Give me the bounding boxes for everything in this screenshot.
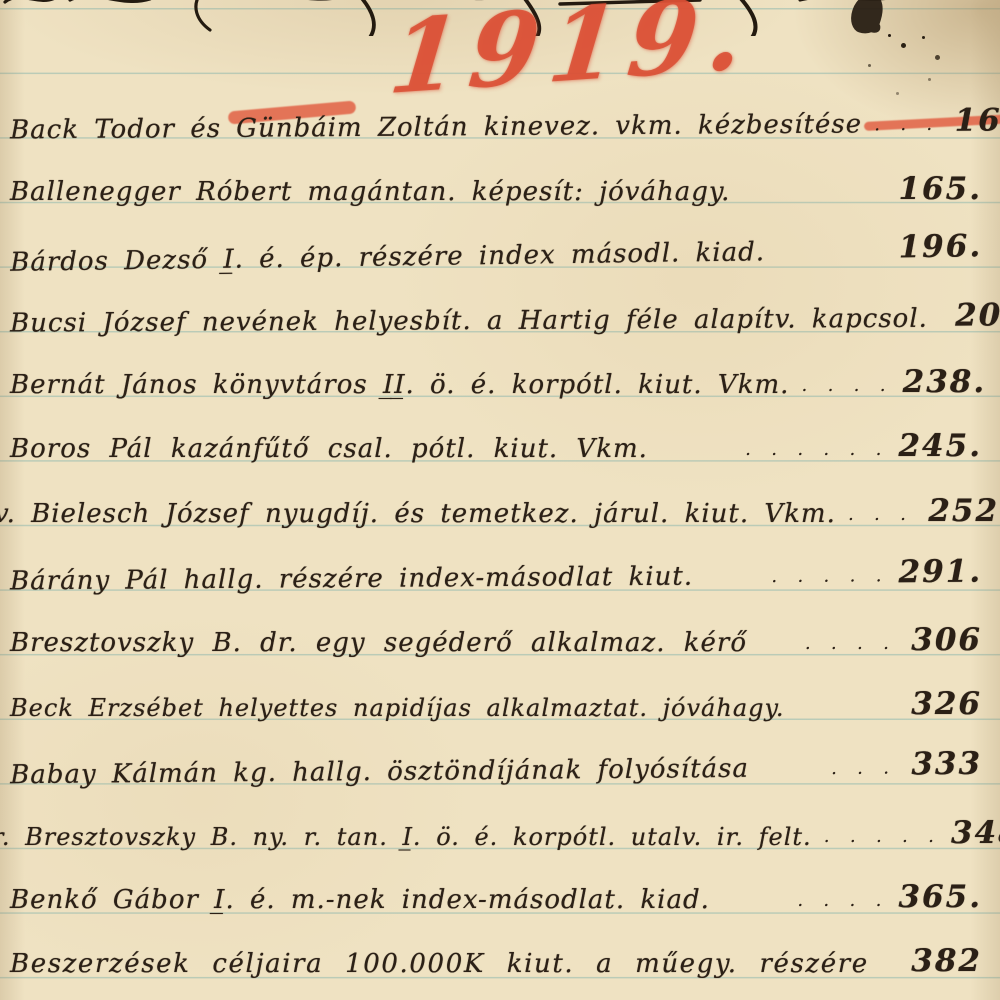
register-row: r. Bresztovszky B. ny. r. tan. I̲. ö. é.… bbox=[0, 787, 982, 857]
leader-dots: . . . bbox=[874, 113, 939, 135]
entry-text: r. Bresztovszky B. ny. r. tan. I̲. ö. é.… bbox=[0, 823, 812, 851]
register-row: Beck Erzsébet helyettes napidíjas alkalm… bbox=[10, 658, 982, 728]
register-row: Bresztovszky B. dr. egy segéderő alkalma… bbox=[10, 594, 982, 664]
entry-text: v. Bielesch József nyugdíj. és temetkez.… bbox=[0, 499, 836, 529]
entry-text: Beck Erzsébet helyettes napidíjas alkalm… bbox=[10, 694, 785, 722]
register-row: Benkő Gábor I̲. é. m.-nek index-másodlat… bbox=[10, 851, 982, 921]
entry-text: Beszerzések céljaira 100.000K kiut. a mű… bbox=[10, 949, 869, 979]
leader-dots: . . . . bbox=[797, 889, 888, 911]
leader-dots: . . . . bbox=[801, 374, 892, 396]
entry-text: Bárány Pál hallg. részére index-másodlat… bbox=[10, 562, 693, 597]
register-row: v. Bielesch József nyugdíj. és temetkez.… bbox=[0, 465, 982, 535]
entry-text: Boros Pál kazánfűtő csal. pótl. kiut. Vk… bbox=[10, 434, 648, 464]
register-row: Bucsi József nevének helyesbít. a Hartig… bbox=[10, 269, 982, 344]
entry-text: Bresztovszky B. dr. egy segéderő alkalma… bbox=[10, 628, 747, 658]
entry-number: 205 bbox=[950, 297, 1000, 333]
leader-dots: . . . . . . bbox=[745, 438, 888, 460]
leader-dots: . . . bbox=[831, 757, 896, 780]
entry-text: Babay Kálmán kg. hallg. ösztöndíjának fo… bbox=[10, 754, 749, 790]
entry-number: 161 bbox=[949, 102, 1000, 139]
entry-text: Back Todor és Günbáim Zoltán kinevez. vk… bbox=[10, 109, 862, 145]
entry-number: 291. bbox=[898, 554, 982, 591]
entry-text: Ballenegger Róbert magántan. képesít: jó… bbox=[10, 177, 730, 207]
entry-number: 245. bbox=[898, 428, 982, 464]
ledger-page: 1919. Back Todor és Günbáim Zoltán kinev… bbox=[0, 0, 1000, 1000]
entry-number: 382 bbox=[906, 943, 982, 979]
entry-number: 238. bbox=[903, 364, 982, 400]
entry-number: 333 bbox=[906, 746, 982, 783]
entry-text: Bernát János könyvtáros I̲I̲. ö. é. korp… bbox=[10, 370, 789, 400]
entry-number: 326 bbox=[906, 686, 982, 722]
entry-number: 306 bbox=[906, 622, 982, 658]
register-row: Beszerzések céljaira 100.000K kiut. a mű… bbox=[10, 915, 982, 985]
leader-dots: . . . . . bbox=[771, 564, 889, 587]
entry-number: 348. bbox=[951, 815, 1000, 851]
ink-specks bbox=[888, 34, 891, 37]
leader-dots: . . . bbox=[848, 503, 913, 525]
leader-dots: . . . . bbox=[805, 632, 896, 654]
register-row: Boros Pál kazánfűtő csal. pótl. kiut. Vk… bbox=[10, 400, 982, 470]
leader-dots: . . . . . bbox=[824, 825, 941, 847]
register-row: Bárány Pál hallg. részére index-másodlat… bbox=[10, 526, 982, 603]
register-row: Back Todor és Günbáim Zoltán kinevez. vk… bbox=[10, 75, 982, 152]
entry-text: Benkő Gábor I̲. é. m.-nek index-másodlat… bbox=[10, 885, 710, 915]
entry-number: 365. bbox=[898, 879, 982, 915]
entry-number: 196. bbox=[898, 228, 982, 265]
register-row: Bernát János könyvtáros I̲I̲. ö. é. korp… bbox=[10, 336, 982, 406]
entry-number: 252 bbox=[923, 493, 999, 529]
entry-text: Bucsi József nevének helyesbít. a Hartig… bbox=[10, 304, 928, 339]
register-row: Babay Kálmán kg. hallg. ösztöndíjának fo… bbox=[10, 718, 983, 796]
